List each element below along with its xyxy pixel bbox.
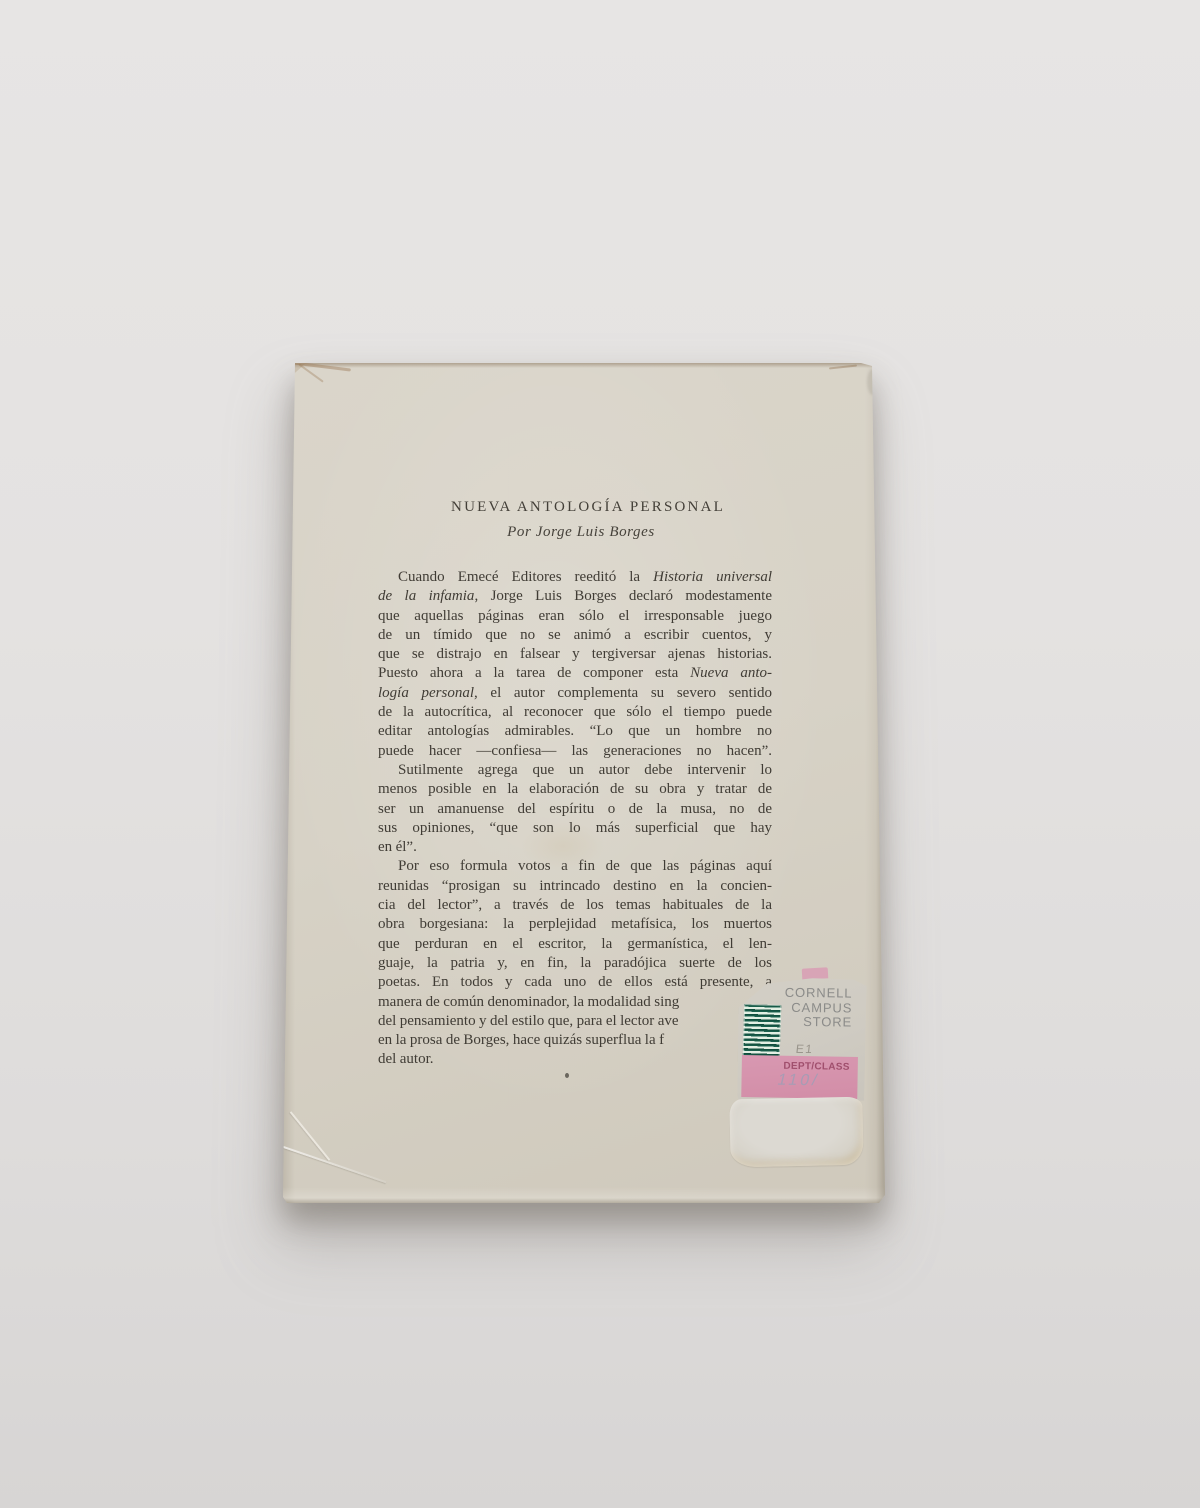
blurb-byline: Por Jorge Luis Borges [378, 524, 772, 541]
blurb-paragraph: Cuando Emecé Editores reeditó la Histori… [378, 568, 772, 761]
blurb-line: puede hacer —confiesa— las generaciones … [378, 742, 772, 761]
corner-smudge-top-right [867, 369, 879, 395]
blurb-line: sus opiniones, “que son lo más superfici… [378, 819, 772, 838]
book-back-cover: NUEVA ANTOLOGÍA PERSONAL Por Jorge Luis … [283, 363, 885, 1203]
blurb-line: que perduran en el escritor, la germanís… [378, 935, 772, 954]
blurb-line: del autor. [378, 1050, 772, 1069]
corner-wear-top-left-2 [298, 363, 323, 382]
blurb-paragraphs: Cuando Emecé Editores reeditó la Histori… [378, 568, 772, 1070]
sticker-label: CORNELL CAMPUS STORE E1 DEPT/CLASS 110/ [737, 977, 866, 1100]
corner-wear-top-right [829, 365, 857, 370]
blurb-line: reunidas “prosigan su intrincado destino… [378, 877, 772, 896]
blurb-line: de la infamia, Jorge Luis Borges declaró… [378, 587, 772, 606]
dept-class-value: 110/ [775, 1072, 821, 1091]
price-sticker: CORNELL CAMPUS STORE E1 DEPT/CLASS 110/ [731, 961, 867, 1173]
blurb-line: guaje, la patria y, en fin, la paradójic… [378, 954, 772, 973]
sticker-pink-tab [802, 967, 829, 979]
crease-bottom-left [280, 1145, 387, 1183]
blurb-line: en la prosa de Borges, hace quizás super… [378, 1031, 772, 1050]
handwritten-code: E1 [795, 1042, 814, 1056]
ink-speck [565, 1073, 569, 1078]
corner-wear-top-left-3 [289, 364, 305, 378]
blurb-line: cia del lector”, a través de los temas h… [378, 896, 772, 915]
blurb-paragraph: Por eso formula votos a fin de que las p… [378, 857, 772, 1069]
photo-background: NUEVA ANTOLOGÍA PERSONAL Por Jorge Luis … [0, 0, 1200, 1508]
corner-wear-top-left [293, 361, 351, 371]
blurb-line: que aquellas páginas eran sólo el irresp… [378, 607, 772, 626]
blurb-title: NUEVA ANTOLOGÍA PERSONAL [378, 499, 772, 516]
blurb-line: Sutilmente agrega que un autor debe inte… [378, 761, 772, 780]
store-name-line: STORE [784, 1015, 852, 1030]
blurb-line: poetas. En todos y cada uno de ellos est… [378, 973, 772, 992]
blurb-line: de un tímido que no se animó a escribir … [378, 626, 772, 645]
blurb-line: del pensamiento y del estilo que, para e… [378, 1012, 772, 1031]
book: NUEVA ANTOLOGÍA PERSONAL Por Jorge Luis … [283, 363, 885, 1203]
blurb-line: menos posible en la elaboración de su ob… [378, 780, 772, 799]
torn-sticker-residue [729, 1097, 863, 1168]
blurb-paragraph: Sutilmente agrega que un autor debe inte… [378, 761, 772, 857]
blurb-line: obra borgesiana: la perplejidad metafísi… [378, 915, 772, 934]
crease-bottom-left-2 [290, 1111, 331, 1160]
store-name-line: CORNELL [785, 986, 853, 1001]
blurb-line: editar antologías admirables. “Lo que un… [378, 722, 772, 741]
blurb-line: manera de común denominador, la modalida… [378, 993, 772, 1012]
blurb-line: Cuando Emecé Editores reeditó la Histori… [378, 568, 772, 587]
blurb-line: en él”. [378, 838, 772, 857]
blurb-line: de la autocrítica, al reconocer que sólo… [378, 703, 772, 722]
edge-notch-left [281, 539, 288, 565]
store-name: CORNELL CAMPUS STORE [784, 986, 852, 1030]
blurb-line: Puesto ahora a la tarea de componer esta… [378, 664, 772, 683]
blurb-line: logía personal, el autor complementa su … [378, 684, 772, 703]
blurb-line: Por eso formula votos a fin de que las p… [378, 857, 772, 876]
blurb-line: que se distrajo en falsear y tergiversar… [378, 645, 772, 664]
dept-class-band: DEPT/CLASS 110/ [741, 1055, 858, 1099]
blurb-line: ser un amanuense del espíritu o de la mu… [378, 800, 772, 819]
